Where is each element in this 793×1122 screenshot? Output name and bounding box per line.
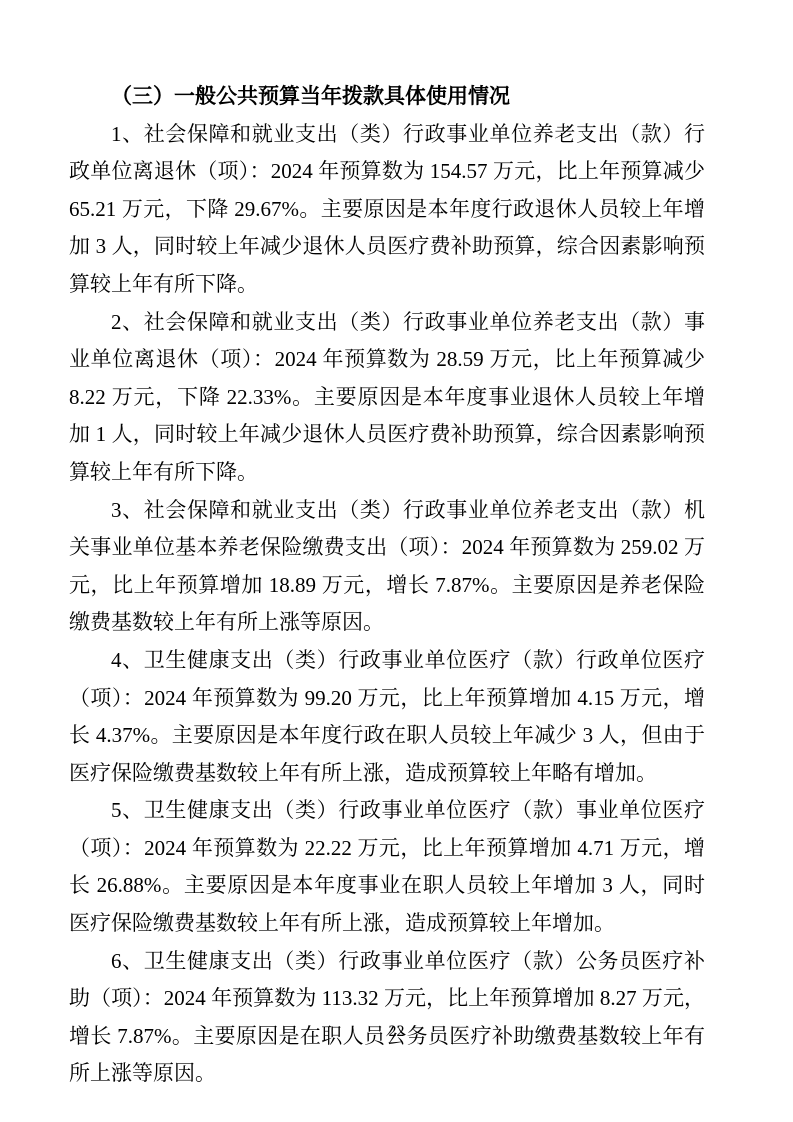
paragraph-civil-servant-medical-subsidy: 6、卫生健康支出（类）行政事业单位医疗（款）公务员医疗补助（项）：2024 年预… xyxy=(69,943,705,1093)
section-heading: （三）一般公共预算当年拨款具体使用情况 xyxy=(69,78,705,116)
paragraph-basic-pension-insurance-contribution: 3、社会保障和就业支出（类）行政事业单位养老支出（款）机关事业单位基本养老保险缴… xyxy=(69,492,705,642)
paragraph-health-institution-medical: 5、卫生健康支出（类）行政事业单位医疗（款）事业单位医疗（项）：2024 年预算… xyxy=(69,792,705,942)
paragraph-health-admin-unit-medical: 4、卫生健康支出（类）行政事业单位医疗（款）行政单位医疗（项）：2024 年预算… xyxy=(69,642,705,792)
document-page: （三）一般公共预算当年拨款具体使用情况 1、社会保障和就业支出（类）行政事业单位… xyxy=(0,0,793,1122)
page-number: 22 xyxy=(0,1023,793,1041)
paragraph-social-security-admin-retirement: 1、社会保障和就业支出（类）行政事业单位养老支出（款）行政单位离退休（项）：20… xyxy=(69,116,705,304)
paragraph-social-security-institution-retirement: 2、社会保障和就业支出（类）行政事业单位养老支出（款）事业单位离退休（项）：20… xyxy=(69,304,705,492)
